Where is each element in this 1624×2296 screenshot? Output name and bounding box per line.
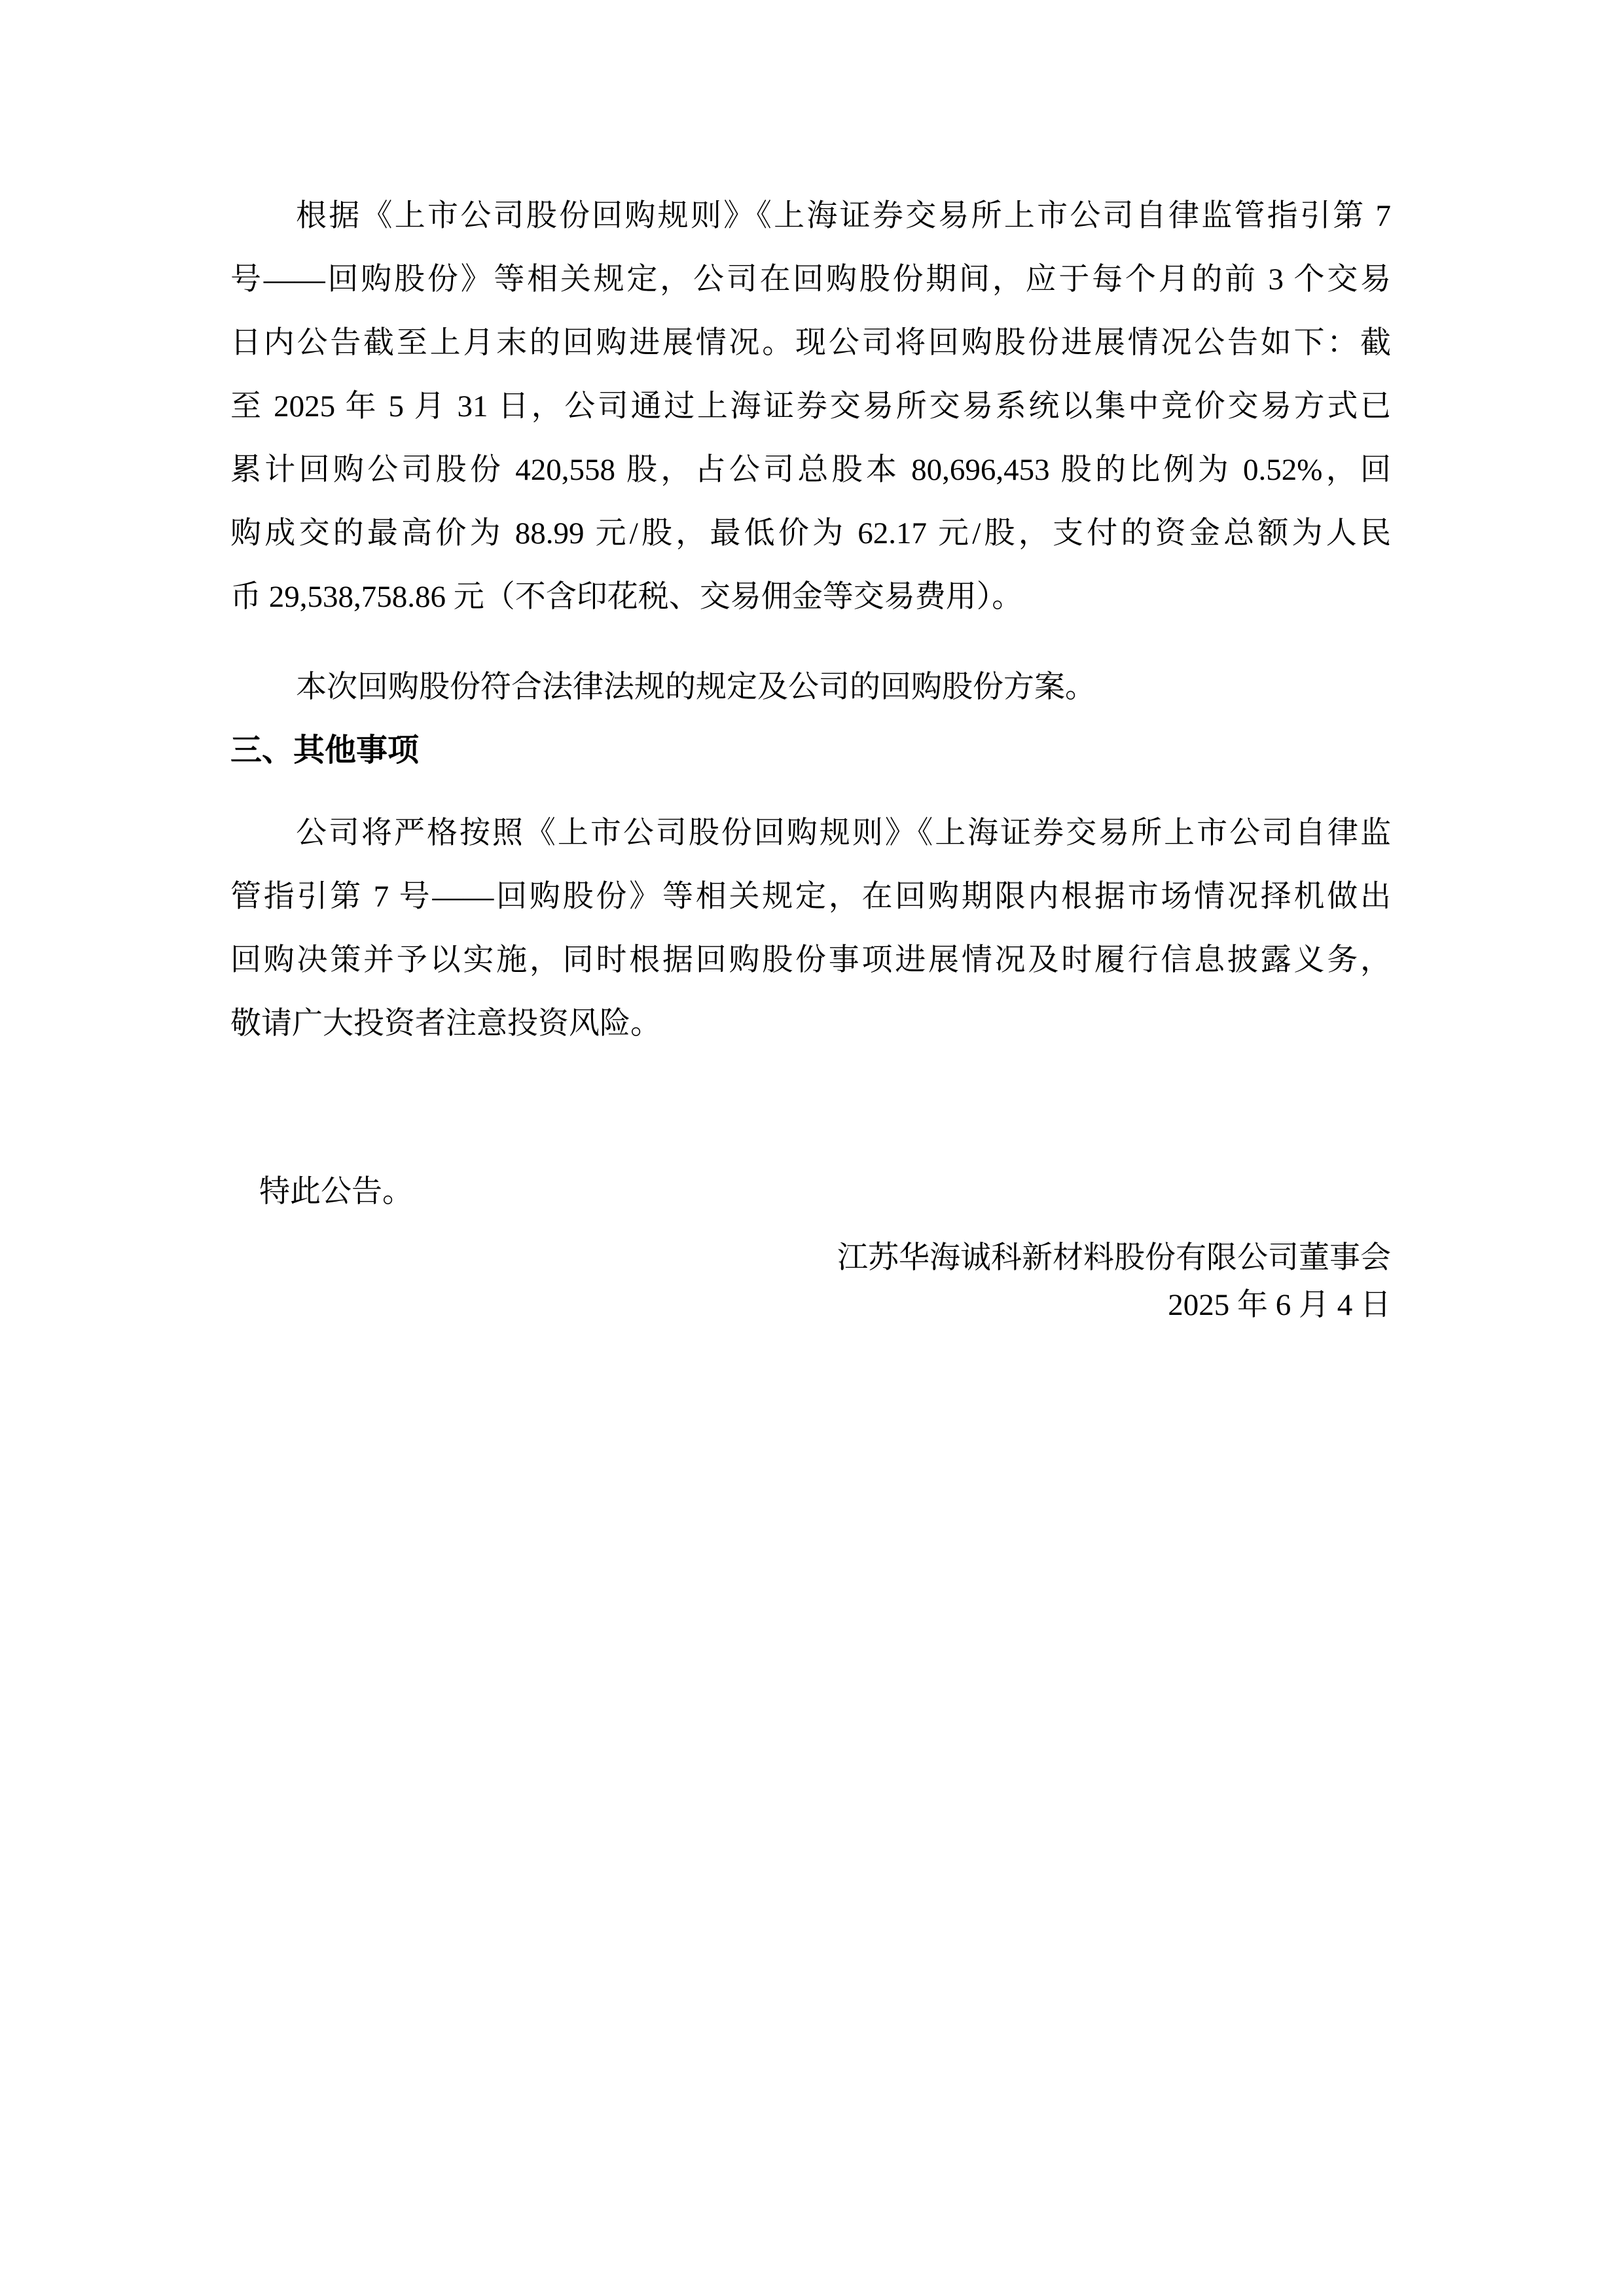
paragraph-line: 敬请广大投资者注意投资风险。 — [230, 992, 1391, 1056]
paragraph-line: 根据《上市公司股份回购规则》《上海证券交易所上市公司自律监管指引第 7 — [230, 185, 1391, 248]
signature-block: 江苏华海诚科新材料股份有限公司董事会 2025 年 6 月 4 日 — [230, 1234, 1391, 1329]
closing-text: 特此公告。 — [230, 1160, 1391, 1224]
signature-date: 2025 年 6 月 4 日 — [230, 1282, 1391, 1329]
signature-company: 江苏华海诚科新材料股份有限公司董事会 — [230, 1234, 1391, 1282]
paragraph-line: 本次回购股份符合法律法规的规定及公司的回购股份方案。 — [230, 656, 1391, 719]
paragraph-line: 至 2025 年 5 月 31 日，公司通过上海证券交易所交易系统以集中竞价交易… — [230, 375, 1391, 439]
section-heading-other-matters: 三、其他事项 — [230, 719, 1391, 782]
paragraph-line: 日内公告截至上月末的回购进展情况。现公司将回购股份进展情况公告如下：截 — [230, 312, 1391, 375]
paragraph-line: 管指引第 7 号——回购股份》等相关规定，在回购期限内根据市场情况择机做出 — [230, 865, 1391, 929]
paragraph-line: 公司将严格按照《上市公司股份回购规则》《上海证券交易所上市公司自律监 — [230, 802, 1391, 865]
paragraph-line: 号——回购股份》等相关规定，公司在回购股份期间，应于每个月的前 3 个交易 — [230, 248, 1391, 312]
announcement-page: 根据《上市公司股份回购规则》《上海证券交易所上市公司自律监管指引第 7 号——回… — [0, 0, 1624, 2296]
paragraph-buyback-progress: 根据《上市公司股份回购规则》《上海证券交易所上市公司自律监管指引第 7 号——回… — [230, 185, 1391, 629]
paragraph-line: 币 29,538,758.86 元（不含印花税、交易佣金等交易费用）。 — [230, 565, 1391, 629]
paragraph-line: 累计回购公司股份 420,558 股，占公司总股本 80,696,453 股的比… — [230, 439, 1391, 502]
paragraph-line: 回购决策并予以实施，同时根据回购股份事项进展情况及时履行信息披露义务， — [230, 929, 1391, 992]
paragraph-other-matters: 公司将严格按照《上市公司股份回购规则》《上海证券交易所上市公司自律监 管指引第 … — [230, 802, 1391, 1056]
paragraph-line: 购成交的最高价为 88.99 元/股，最低价为 62.17 元/股，支付的资金总… — [230, 502, 1391, 565]
closing-statement: 特此公告。 — [230, 1160, 1391, 1224]
paragraph-compliance: 本次回购股份符合法律法规的规定及公司的回购股份方案。 — [230, 656, 1391, 719]
